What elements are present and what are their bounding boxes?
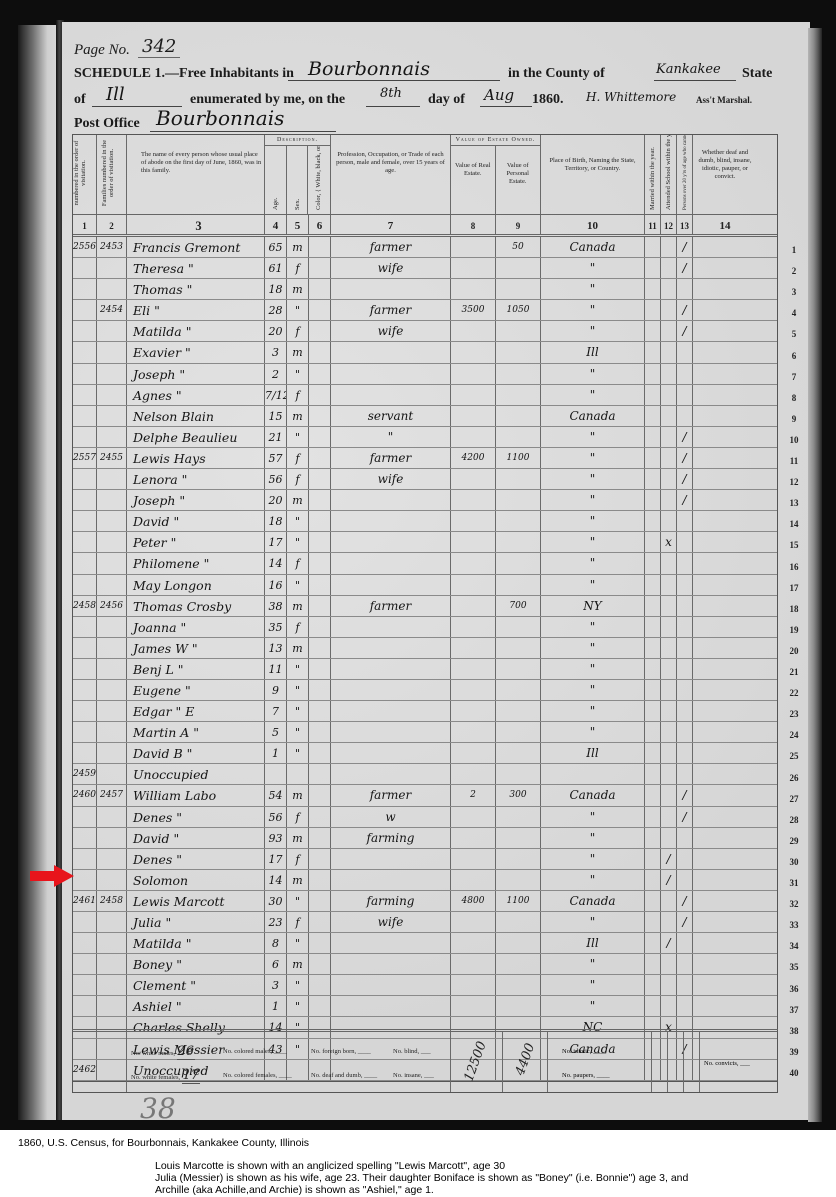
family-number-cell — [97, 807, 127, 827]
occupation-cell: farmer — [331, 300, 451, 320]
married-within-year-cell — [645, 448, 661, 468]
personal-estate-value-cell — [496, 364, 541, 384]
person-name-cell: Lewis Hays — [127, 448, 265, 468]
color-cell — [309, 891, 331, 911]
cannot-read-write-cell — [677, 385, 693, 405]
person-name-cell: James W " — [127, 638, 265, 658]
real-estate-value-cell — [451, 828, 496, 848]
attended-school-cell: / — [661, 849, 677, 869]
line-number: 36 — [784, 984, 804, 994]
sex-cell: m — [287, 638, 309, 658]
line-number: 3 — [784, 287, 804, 297]
cannot-read-write-cell — [677, 996, 693, 1016]
personal-estate-value-cell: 50 — [496, 237, 541, 257]
birthplace-cell: " — [541, 258, 645, 278]
personal-estate-value-cell: 1050 — [496, 300, 541, 320]
table-row: Joanna "35f" — [73, 617, 777, 638]
dwelling-number-cell — [73, 870, 97, 890]
family-number-cell — [97, 764, 127, 784]
line-number: 18 — [784, 604, 804, 614]
married-within-year-cell — [645, 996, 661, 1016]
occupation-cell: wife — [331, 469, 451, 489]
family-number-cell — [97, 743, 127, 763]
person-name-cell: Thomas Crosby — [127, 596, 265, 616]
person-name-cell: Ashiel " — [127, 996, 265, 1016]
person-name-cell: Boney " — [127, 954, 265, 974]
birthplace-cell: " — [541, 553, 645, 573]
family-number-cell — [97, 342, 127, 362]
sex-cell: " — [287, 933, 309, 953]
family-number-cell — [97, 385, 127, 405]
line-number: 4 — [784, 308, 804, 318]
age-cell: 2 — [265, 364, 287, 384]
age-cell: 17 — [265, 532, 287, 552]
personal-estate-value-cell — [496, 933, 541, 953]
real-estate-value-cell — [451, 933, 496, 953]
red-arrow-icon — [30, 865, 74, 887]
sex-cell: " — [287, 300, 309, 320]
color-cell — [309, 448, 331, 468]
birthplace-cell: " — [541, 975, 645, 995]
attended-school-cell — [661, 279, 677, 299]
color-cell — [309, 300, 331, 320]
real-estate-value-cell: 4800 — [451, 891, 496, 911]
sex-cell: m — [287, 279, 309, 299]
attended-school-cell — [661, 701, 677, 721]
dwelling-number-cell — [73, 701, 97, 721]
married-within-year-cell — [645, 933, 661, 953]
family-number-cell — [97, 617, 127, 637]
color-cell — [309, 828, 331, 848]
disability-cell — [693, 764, 757, 784]
birthplace-cell: " — [541, 828, 645, 848]
cannot-read-write-cell — [677, 933, 693, 953]
real-estate-value-cell — [451, 722, 496, 742]
family-number-cell — [97, 680, 127, 700]
attended-school-cell — [661, 659, 677, 679]
married-within-year-cell — [645, 469, 661, 489]
paupers-summary: No. paupers, ____ — [562, 1072, 610, 1079]
table-row: Nelson Blain15mservantCanada — [73, 406, 777, 427]
cannot-read-write-cell — [677, 659, 693, 679]
person-name-cell: May Longon — [127, 575, 265, 595]
disability-cell — [693, 659, 757, 679]
line-number: 37 — [784, 1005, 804, 1015]
line-number: 25 — [784, 751, 804, 761]
occupation-cell — [331, 996, 451, 1016]
married-within-year-cell — [645, 575, 661, 595]
sex-cell: f — [287, 321, 309, 341]
color-cell — [309, 722, 331, 742]
caption-note: Louis Marcotte is shown with an angliciz… — [155, 1160, 688, 1196]
color-cell — [309, 638, 331, 658]
color-cell — [309, 237, 331, 257]
attended-school-cell — [661, 427, 677, 447]
occupation-cell — [331, 680, 451, 700]
person-name-cell: Thomas " — [127, 279, 265, 299]
age-cell: 11 — [265, 659, 287, 679]
person-name-cell: Delphe Beaulieu — [127, 427, 265, 447]
person-name-cell: Eli " — [127, 300, 265, 320]
census-page: Page No. 342 SCHEDULE 1.—Free Inhabitant… — [62, 22, 810, 1120]
occupation-cell — [331, 743, 451, 763]
occupation-cell — [331, 975, 451, 995]
dwelling-number-cell — [73, 385, 97, 405]
line-number: 22 — [784, 688, 804, 698]
disability-cell — [693, 680, 757, 700]
line-number: 12 — [784, 477, 804, 487]
attended-school-cell — [661, 575, 677, 595]
occupation-cell: farmer — [331, 448, 451, 468]
person-name-cell: Matilda " — [127, 933, 265, 953]
color-cell — [309, 427, 331, 447]
birthplace-cell: " — [541, 638, 645, 658]
personal-estate-value-cell — [496, 870, 541, 890]
line-number: 14 — [784, 519, 804, 529]
age-cell: 1 — [265, 743, 287, 763]
sex-cell: " — [287, 364, 309, 384]
county-name: Kankakee — [656, 62, 721, 77]
color-cell — [309, 258, 331, 278]
real-estate-value-cell — [451, 743, 496, 763]
col-group-estate: Value of Estate Owned. Value of Real Est… — [451, 135, 541, 214]
age-cell: 21 — [265, 427, 287, 447]
color-cell — [309, 912, 331, 932]
color-cell — [309, 575, 331, 595]
occupation-cell — [331, 617, 451, 637]
disability-cell — [693, 807, 757, 827]
cannot-read-write-cell: / — [677, 891, 693, 911]
color-cell — [309, 596, 331, 616]
attended-school-cell — [661, 807, 677, 827]
personal-estate-value-cell — [496, 575, 541, 595]
attended-school-cell — [661, 954, 677, 974]
dwelling-number-cell — [73, 279, 97, 299]
sex-cell: m — [287, 954, 309, 974]
person-name-cell: Matilda " — [127, 321, 265, 341]
column-headers: Dwelling-houses—numbered in the order of… — [73, 135, 777, 215]
cannot-read-write-cell — [677, 975, 693, 995]
occupation-cell — [331, 511, 451, 531]
married-within-year-cell — [645, 511, 661, 531]
birthplace-cell: Canada — [541, 785, 645, 805]
dwelling-number-cell — [73, 659, 97, 679]
color-cell — [309, 617, 331, 637]
disability-cell — [693, 891, 757, 911]
birthplace-cell: Ill — [541, 342, 645, 362]
disability-cell — [693, 996, 757, 1016]
real-estate-value-cell: 4200 — [451, 448, 496, 468]
disability-cell — [693, 785, 757, 805]
page-tally: 38 — [140, 1092, 176, 1125]
dwelling-number-cell — [73, 996, 97, 1016]
personal-estate-value-cell — [496, 427, 541, 447]
table-row: Eugene "9"" — [73, 680, 777, 701]
married-within-year-cell — [645, 807, 661, 827]
table-row: David "18"" — [73, 511, 777, 532]
col-header-personal-estate: Value of Personal Estate. — [496, 146, 541, 214]
census-scan: Page No. 342 SCHEDULE 1.—Free Inhabitant… — [0, 0, 836, 1130]
real-estate-value-cell — [451, 511, 496, 531]
disability-cell — [693, 490, 757, 510]
married-within-year-cell — [645, 596, 661, 616]
disability-cell — [693, 511, 757, 531]
personal-estate-value-cell: 700 — [496, 596, 541, 616]
birthplace-cell — [541, 764, 645, 784]
age-cell: 56 — [265, 807, 287, 827]
color-cell — [309, 849, 331, 869]
cannot-read-write-cell — [677, 553, 693, 573]
married-within-year-cell — [645, 364, 661, 384]
birthplace-cell: " — [541, 659, 645, 679]
family-number-cell — [97, 321, 127, 341]
age-cell: 61 — [265, 258, 287, 278]
dwelling-number-cell — [73, 638, 97, 658]
family-number-cell — [97, 849, 127, 869]
real-estate-value-cell — [451, 701, 496, 721]
married-within-year-cell — [645, 385, 661, 405]
family-number-cell: 2456 — [97, 596, 127, 616]
col-header-family: Families numbered in the order of visita… — [97, 135, 127, 214]
age-cell: 5 — [265, 722, 287, 742]
person-name-cell: Peter " — [127, 532, 265, 552]
line-number: 8 — [784, 393, 804, 403]
sex-cell: " — [287, 975, 309, 995]
column-numbers: 1 2 3 4 5 6 7 8 9 10 11 12 13 14 — [73, 215, 777, 237]
sex-cell: " — [287, 996, 309, 1016]
line-number: 15 — [784, 540, 804, 550]
cannot-read-write-cell: / — [677, 490, 693, 510]
married-within-year-cell — [645, 406, 661, 426]
dwelling-number-cell — [73, 722, 97, 742]
real-estate-value-cell — [451, 807, 496, 827]
person-name-cell: Eugene " — [127, 680, 265, 700]
cannot-read-write-cell: / — [677, 237, 693, 257]
color-cell — [309, 553, 331, 573]
schedule-label: SCHEDULE 1.—Free Inhabitants in — [74, 66, 294, 82]
line-number: 24 — [784, 730, 804, 740]
color-cell — [309, 743, 331, 763]
person-name-cell: William Labo — [127, 785, 265, 805]
birthplace-cell: " — [541, 532, 645, 552]
sex-cell: " — [287, 427, 309, 447]
disability-cell — [693, 364, 757, 384]
sex-cell: " — [287, 575, 309, 595]
family-number-cell — [97, 638, 127, 658]
dwelling-number-cell — [73, 849, 97, 869]
married-within-year-cell — [645, 532, 661, 552]
dwelling-number-cell: 2459 — [73, 764, 97, 784]
attended-school-cell — [661, 764, 677, 784]
real-estate-value-cell — [451, 617, 496, 637]
birthplace-cell: " — [541, 912, 645, 932]
birthplace-cell: " — [541, 469, 645, 489]
attended-school-cell — [661, 300, 677, 320]
dwelling-number-cell — [73, 680, 97, 700]
page-number: 342 — [138, 36, 180, 58]
personal-estate-value-cell — [496, 617, 541, 637]
table-row: Boney "6m" — [73, 954, 777, 975]
line-number: 11 — [784, 456, 804, 466]
line-number: 10 — [784, 435, 804, 445]
dwelling-number-cell — [73, 828, 97, 848]
white-males-summary: No. white males, 26 — [131, 1044, 195, 1060]
personal-estate-value-cell — [496, 764, 541, 784]
attended-school-cell — [661, 364, 677, 384]
real-estate-value-cell — [451, 680, 496, 700]
age-cell: 54 — [265, 785, 287, 805]
color-cell — [309, 933, 331, 953]
color-cell — [309, 954, 331, 974]
age-cell: 93 — [265, 828, 287, 848]
occupation-cell — [331, 532, 451, 552]
disability-cell — [693, 828, 757, 848]
family-number-cell — [97, 701, 127, 721]
col-header-school: Attended School within the year. — [661, 135, 677, 214]
birthplace-cell: " — [541, 364, 645, 384]
table-row: 24582456Thomas Crosby38mfarmer700NY — [73, 596, 777, 617]
color-cell — [309, 364, 331, 384]
table-row: Theresa "61fwife"/ — [73, 258, 777, 279]
real-estate-value-cell — [451, 406, 496, 426]
occupation-cell: w — [331, 807, 451, 827]
sex-cell: f — [287, 617, 309, 637]
birthplace-cell: " — [541, 954, 645, 974]
blind-summary: No. blind, ___ — [393, 1048, 431, 1055]
person-name-cell: Philomene " — [127, 553, 265, 573]
age-cell: 9 — [265, 680, 287, 700]
page-stack-edge — [808, 28, 822, 1122]
age-cell: 23 — [265, 912, 287, 932]
age-cell: 7/12 — [265, 385, 287, 405]
occupation-cell — [331, 764, 451, 784]
sex-cell: f — [287, 448, 309, 468]
color-cell — [309, 807, 331, 827]
personal-estate-value-cell — [496, 279, 541, 299]
married-within-year-cell — [645, 722, 661, 742]
col-header-married: Married within the year. — [645, 135, 661, 214]
census-table: Dwelling-houses—numbered in the order of… — [72, 134, 778, 1082]
occupation-cell — [331, 659, 451, 679]
enumeration-day: 8th — [380, 86, 402, 101]
age-cell: 17 — [265, 849, 287, 869]
personal-estate-value-cell — [496, 553, 541, 573]
attended-school-cell — [661, 912, 677, 932]
married-within-year-cell — [645, 321, 661, 341]
age-cell: 56 — [265, 469, 287, 489]
line-number: 17 — [784, 583, 804, 593]
married-within-year-cell — [645, 891, 661, 911]
cannot-read-write-cell — [677, 364, 693, 384]
real-estate-value-cell — [451, 996, 496, 1016]
line-number: 21 — [784, 667, 804, 677]
color-cell — [309, 785, 331, 805]
county-label: in the County of — [508, 66, 605, 82]
sex-cell: m — [287, 785, 309, 805]
dwelling-number-cell — [73, 912, 97, 932]
person-name-cell: Theresa " — [127, 258, 265, 278]
disability-cell — [693, 342, 757, 362]
personal-estate-value-cell — [496, 342, 541, 362]
col-header-dwelling: Dwelling-houses—numbered in the order of… — [73, 135, 97, 214]
attended-school-cell — [661, 596, 677, 616]
color-cell — [309, 764, 331, 784]
birthplace-cell: " — [541, 701, 645, 721]
line-number: 38 — [784, 1026, 804, 1036]
marshal-signature: H. Whittemore — [586, 90, 676, 104]
age-cell: 6 — [265, 954, 287, 974]
person-name-cell: David " — [127, 828, 265, 848]
personal-estate-value-cell — [496, 511, 541, 531]
disability-cell — [693, 321, 757, 341]
sex-cell: f — [287, 385, 309, 405]
col-header-sex: Sex. — [287, 146, 309, 214]
birthplace-cell: " — [541, 870, 645, 890]
table-row: 25572455Lewis Hays57ffarmer42001100"/ — [73, 448, 777, 469]
table-row: Joseph "20m"/ — [73, 490, 777, 511]
attended-school-cell — [661, 469, 677, 489]
table-row: Peter "17""x — [73, 532, 777, 553]
cannot-read-write-cell: / — [677, 807, 693, 827]
cannot-read-write-cell — [677, 638, 693, 658]
age-cell: 20 — [265, 490, 287, 510]
dwelling-number-cell — [73, 342, 97, 362]
facing-page-edge — [18, 25, 60, 1120]
real-estate-value-cell — [451, 258, 496, 278]
col-header-birthplace: Place of Birth, Naming the State, Territ… — [541, 135, 645, 214]
table-row: Lenora "56fwife"/ — [73, 469, 777, 490]
attended-school-cell — [661, 406, 677, 426]
person-name-cell: Joseph " — [127, 364, 265, 384]
cannot-read-write-cell — [677, 511, 693, 531]
occupation-cell — [331, 342, 451, 362]
attended-school-cell — [661, 342, 677, 362]
age-cell: 13 — [265, 638, 287, 658]
disability-cell — [693, 448, 757, 468]
disability-cell — [693, 743, 757, 763]
table-row: Matilda "8"Ill/ — [73, 933, 777, 954]
colored-females-summary: No. colored females, ____ — [223, 1072, 292, 1079]
real-estate-value-cell — [451, 575, 496, 595]
birthplace-cell: NY — [541, 596, 645, 616]
family-number-cell — [97, 954, 127, 974]
birthplace-cell: " — [541, 575, 645, 595]
birthplace-cell: " — [541, 321, 645, 341]
age-cell: 65 — [265, 237, 287, 257]
line-number: 20 — [784, 646, 804, 656]
attended-school-cell — [661, 237, 677, 257]
real-estate-value-cell: 3500 — [451, 300, 496, 320]
disability-cell — [693, 912, 757, 932]
personal-estate-value-cell — [496, 321, 541, 341]
disability-cell — [693, 553, 757, 573]
family-number-cell: 2457 — [97, 785, 127, 805]
person-name-cell: Benj L " — [127, 659, 265, 679]
table-row: 2454Eli "28"farmer35001050"/ — [73, 300, 777, 321]
col-header-name: The name of every person whose usual pla… — [127, 135, 265, 214]
family-number-cell — [97, 258, 127, 278]
line-number: 26 — [784, 773, 804, 783]
family-number-cell — [97, 975, 127, 995]
table-row: 24612458Lewis Marcott30"farming48001100C… — [73, 891, 777, 912]
enumeration-year: 1860. — [532, 92, 564, 108]
birthplace-cell: " — [541, 385, 645, 405]
birthplace-cell: Ill — [541, 933, 645, 953]
occupation-cell — [331, 933, 451, 953]
age-cell: 14 — [265, 870, 287, 890]
age-cell: 1 — [265, 996, 287, 1016]
cannot-read-write-cell: / — [677, 785, 693, 805]
